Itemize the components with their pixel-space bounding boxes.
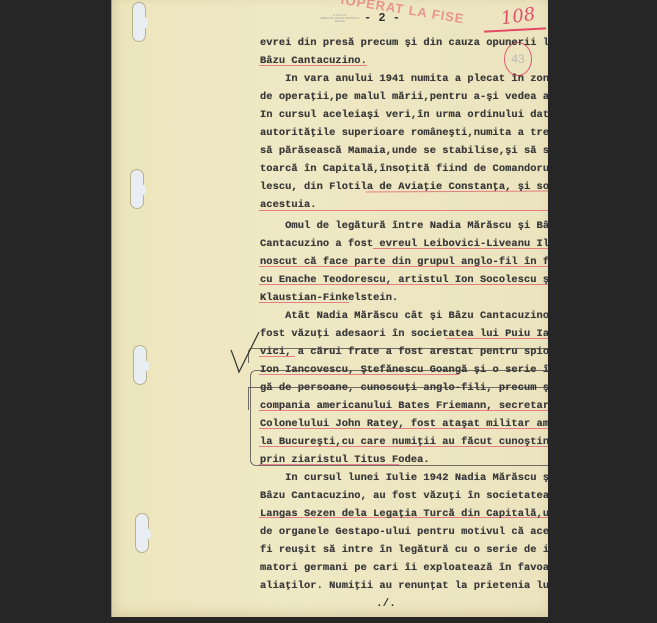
text-line: fi reuşit să intre în legătură cu o seri… bbox=[260, 544, 548, 556]
text-line: toarcă în Capitală,însoţită fiind de Com… bbox=[260, 163, 548, 175]
red-underline-mark bbox=[484, 27, 546, 32]
text-line: autorităţile superioare româneşti,numita… bbox=[260, 127, 548, 139]
text-line: fost văzuţi adesaori în societatea lui P… bbox=[260, 328, 548, 340]
punch-hole bbox=[136, 514, 148, 552]
text-line: cu Enache Teodorescu, artistul Ion Socol… bbox=[260, 274, 548, 286]
text-line: Ion Iancovescu, Ştefănescu Goangă şi o s… bbox=[260, 364, 548, 376]
archive-stamp-line: DOSAR bbox=[315, 20, 365, 23]
text-line: evrei din presă precum şi din cauza opun… bbox=[260, 37, 548, 49]
text-line: de operaţii,pe malul mării,pentru a-şi v… bbox=[260, 91, 548, 103]
text-line: Bâzu Cantacuzino. bbox=[260, 55, 367, 67]
text-line: In cursul lunei Iulie 1942 Nadia Mărăscu… bbox=[260, 472, 548, 484]
text-line: prin ziaristul Titus Fodea. bbox=[260, 454, 430, 466]
continuation-mark: ./. bbox=[376, 598, 396, 610]
text-line: matori germani pe cari îi exploatează în… bbox=[260, 562, 548, 574]
text-line: aliaţilor. Numiţii au renunţat la priete… bbox=[260, 580, 548, 592]
text-line: compania americanului Bates Friemann, se… bbox=[260, 400, 548, 412]
text-line: gă de persoane, cunoscuţi anglo-fili, pr… bbox=[260, 382, 548, 394]
text-line: Cantacuzino a fost evreul Leibovici-Live… bbox=[260, 238, 548, 250]
text-line: vici, a cărui frate a fost arestat pentr… bbox=[260, 346, 548, 358]
text-line: să părăsească Mamaia,unde se stabilise,ş… bbox=[260, 145, 548, 157]
text-line: Bâzu Cantacuzino, au fost văzuţi în soci… bbox=[260, 490, 548, 502]
archive-stamp: C.N.S.A.S. DIRECTIA ARHIVA CENTRALA DOSA… bbox=[315, 14, 365, 23]
text-line: noscut că face parte din grupul anglo-fi… bbox=[260, 256, 548, 268]
text-line: de organele Gestapo-ului pentru motivul … bbox=[260, 526, 548, 538]
text-line: In cursul aceleiaşi veri,în urma ordinul… bbox=[260, 109, 548, 121]
circled-folio-text: 43 bbox=[511, 52, 524, 66]
text-line: Atât Nadia Mărăscu cât şi Bâzu Cantacuzi… bbox=[260, 310, 548, 322]
text-line: Klaustian-Finkelstein. bbox=[260, 292, 398, 304]
text-line: In vara anului 1941 numita a plecat în z… bbox=[260, 73, 548, 85]
handwritten-folio: 108 bbox=[500, 4, 537, 30]
document-page: C.N.S.A.S. DIRECTIA ARHIVA CENTRALA DOSA… bbox=[111, 0, 548, 617]
text-line: lescu, din Flotila de Aviaţie Constanţa,… bbox=[260, 181, 548, 193]
text-line: Langas Sezen dela Legaţia Turcă din Capi… bbox=[260, 508, 548, 520]
text-line: acestuia. bbox=[260, 199, 317, 211]
punch-hole bbox=[133, 3, 145, 41]
punch-hole bbox=[131, 170, 143, 208]
text-line: Colonelului John Ratey, fost ataşat mili… bbox=[260, 418, 548, 430]
text-line: Omul de legătură între Nadia Mărăscu şi … bbox=[260, 220, 548, 232]
text-line: la Bucureşti,cu care numiţii au făcut cu… bbox=[260, 436, 548, 448]
punch-hole bbox=[134, 346, 146, 384]
